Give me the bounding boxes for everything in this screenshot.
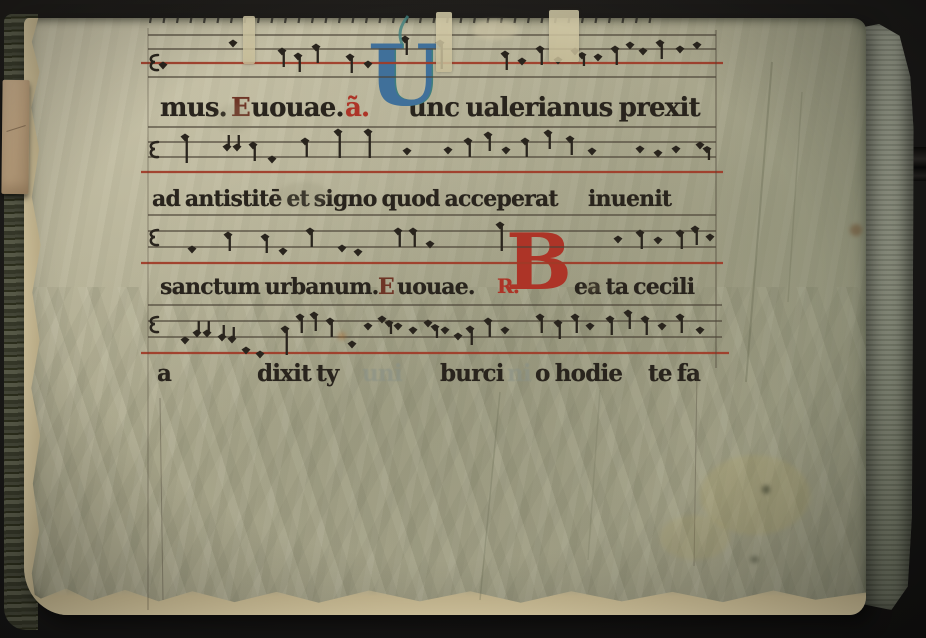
chant-text-line-1-segment: mus. (160, 93, 227, 123)
chant-text-line-4-segment: ni (507, 360, 531, 387)
chant-text-line-4-segment: dixit ty (257, 360, 339, 387)
initial-u-blue: U (368, 34, 440, 118)
chant-text-line-4-segment: o hodie (535, 360, 622, 387)
chant-text-line-4-segment: a (157, 360, 171, 387)
initial-b-red: B (506, 224, 571, 302)
chant-text-line-1-segment: E (231, 93, 250, 123)
chant-text-line-1-segment: unc ualerianus prexit (408, 93, 700, 123)
chant-text-line-1-segment: uouae. (251, 93, 344, 123)
chant-text-line-4-segment: te fa (648, 360, 700, 387)
chant-text-line-3-segment: ea ta cecili (574, 274, 694, 300)
chant-text-line-3-segment: E (378, 274, 394, 300)
chant-text-line-4-segment: uni (362, 360, 402, 387)
chant-text-layer: mus.Euouae.ã.unc ualerianus prexitad ant… (0, 0, 926, 638)
chant-text-line-3-segment: uouae. (397, 274, 475, 300)
chant-text-line-3-segment: sanctum urbanum. (160, 274, 378, 300)
chant-text-line-4-segment: burci (440, 360, 504, 387)
chant-text-line-2-segment: ad antistitē et signo quod acceperat (152, 186, 558, 212)
chant-text-line-2-segment: inuenit (588, 186, 671, 212)
manuscript-photo: mus.Euouae.ã.unc ualerianus prexitad ant… (0, 0, 926, 638)
chant-text-line-1-segment: ã. (345, 93, 369, 123)
